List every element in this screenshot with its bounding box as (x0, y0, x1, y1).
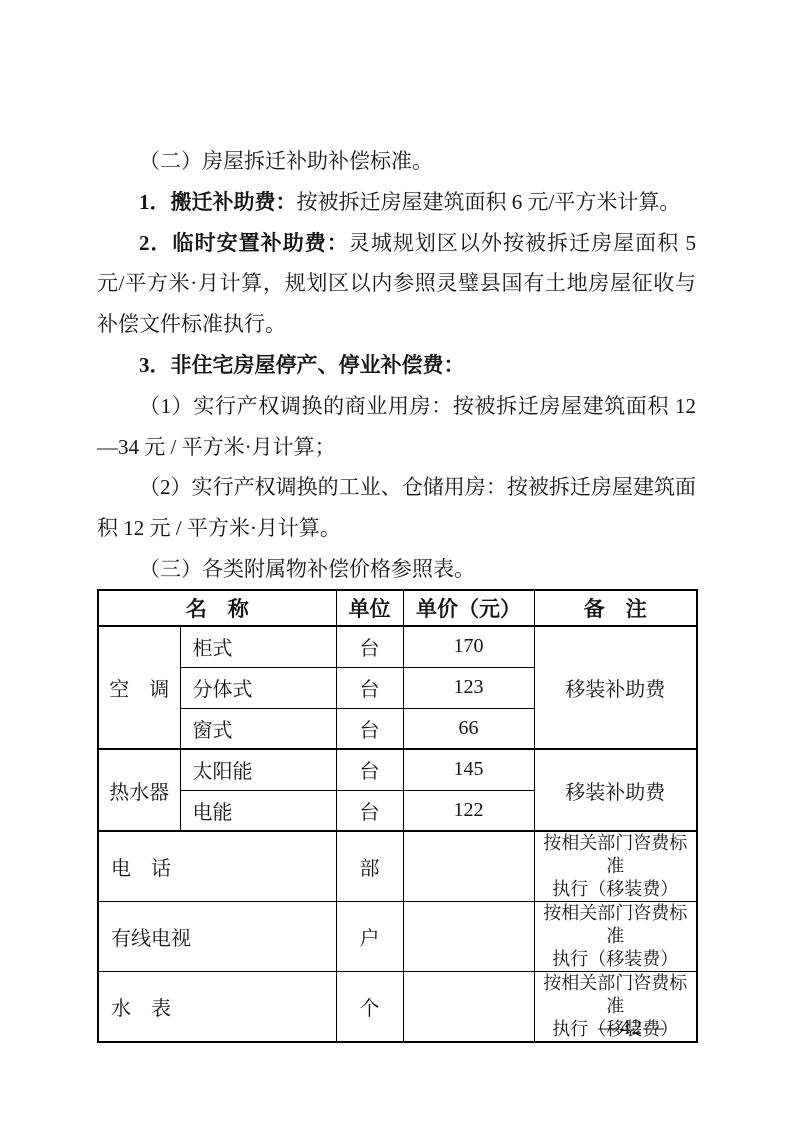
cell-unit: 部 (336, 831, 403, 902)
paragraph-item3-sub2-line2: 积 12 元 / 平方米·月计算。 (97, 508, 696, 549)
cell-item-name: 窗式 (180, 708, 336, 749)
table-row: 电 话 部 按相关部门咨费标准 执行（移装费） (98, 831, 697, 902)
section-2-heading: （二）房屋拆迁补助补偿标准。 (97, 141, 696, 182)
remark-line: 执行（移装费） (535, 878, 697, 901)
cell-unit: 台 (336, 626, 403, 667)
section-3-heading: （三）各类附属物补偿价格参照表。 (97, 549, 696, 590)
cell-group-name: 热水器 (98, 749, 180, 831)
cell-remark: 移装补助费 (534, 749, 697, 831)
col-header-unit: 单位 (336, 590, 403, 626)
cell-price (403, 972, 534, 1043)
cell-unit: 台 (336, 749, 403, 790)
remark-line: 按相关部门咨费标准 (535, 972, 697, 1018)
table-row: 热水器 太阳能 台 145 移装补助费 (98, 749, 697, 790)
item3-heading: 3．非住宅房屋停产、停业补偿费： (97, 345, 696, 386)
cell-unit: 户 (336, 902, 403, 972)
document-body: （二）房屋拆迁补助补偿标准。 1．搬迁补助费：按被拆迁房屋建筑面积 6 元/平方… (97, 141, 696, 590)
remark-line: 执行（移装费） (535, 948, 697, 971)
cell-price: 66 (403, 708, 534, 749)
cell-unit: 个 (336, 972, 403, 1043)
cell-price (403, 831, 534, 902)
cell-unit: 台 (336, 790, 403, 831)
cell-item-name: 柜式 (180, 626, 336, 667)
cell-price: 145 (403, 749, 534, 790)
cell-price: 170 (403, 626, 534, 667)
cell-remark: 移装补助费 (534, 626, 697, 749)
table-row: 有线电视 户 按相关部门咨费标准 执行（移装费） (98, 902, 697, 972)
item1-label: 1．搬迁补助费： (139, 190, 297, 214)
item1-text: 按被拆迁房屋建筑面积 6 元/平方米计算。 (297, 190, 681, 214)
col-header-price: 单价（元） (403, 590, 534, 626)
item2-label: 2．临时安置补助费： (139, 231, 349, 255)
table-header-row: 名 称 单位 单价（元） 备 注 (98, 590, 697, 626)
paragraph-item3-sub2-line1: （2）实行产权调换的工业、仓储用房：按被拆迁房屋建筑面 (97, 467, 696, 508)
cell-unit: 台 (336, 667, 403, 708)
remark-line: 按相关部门咨费标准 (535, 902, 697, 948)
col-header-name: 名 称 (98, 590, 336, 626)
cell-price: 123 (403, 667, 534, 708)
col-header-remark: 备 注 (534, 590, 697, 626)
page-number: —42— (598, 1015, 665, 1040)
cell-price (403, 902, 534, 972)
remark-line: 按相关部门咨费标准 (535, 832, 697, 878)
document-page: （二）房屋拆迁补助补偿标准。 1．搬迁补助费：按被拆迁房屋建筑面积 6 元/平方… (0, 0, 793, 1122)
paragraph-item2-line3: 补偿文件标准执行。 (97, 304, 696, 345)
paragraph-item1: 1．搬迁补助费：按被拆迁房屋建筑面积 6 元/平方米计算。 (97, 182, 696, 223)
paragraph-item2-line2: 元/平方米·月计算，规划区以内参照灵璧县国有土地房屋征收与 (97, 263, 696, 304)
cell-item-name: 电能 (180, 790, 336, 831)
cell-group-name: 空 调 (98, 626, 180, 749)
cell-remark: 按相关部门咨费标准 执行（移装费） (534, 831, 697, 902)
cell-item-name: 有线电视 (98, 902, 336, 972)
paragraph-item2-line1: 2．临时安置补助费：灵城规划区以外按被拆迁房屋面积 5 (97, 223, 696, 264)
attachments-compensation-table: 名 称 单位 单价（元） 备 注 空 调 柜式 台 170 移装补助费 分体式 … (97, 589, 698, 1043)
cell-remark: 按相关部门咨费标准 执行（移装费） (534, 902, 697, 972)
cell-item-name: 水 表 (98, 972, 336, 1043)
cell-price: 122 (403, 790, 534, 831)
paragraph-item3-sub1-line2: —34 元 / 平方米·月计算； (97, 427, 696, 468)
cell-unit: 台 (336, 708, 403, 749)
table-row: 空 调 柜式 台 170 移装补助费 (98, 626, 697, 667)
paragraph-item3-sub1-line1: （1）实行产权调换的商业用房：按被拆迁房屋建筑面积 12 (97, 386, 696, 427)
cell-item-name: 分体式 (180, 667, 336, 708)
cell-item-name: 电 话 (98, 831, 336, 902)
item2-text: 灵城规划区以外按被拆迁房屋面积 5 (349, 231, 696, 255)
cell-item-name: 太阳能 (180, 749, 336, 790)
